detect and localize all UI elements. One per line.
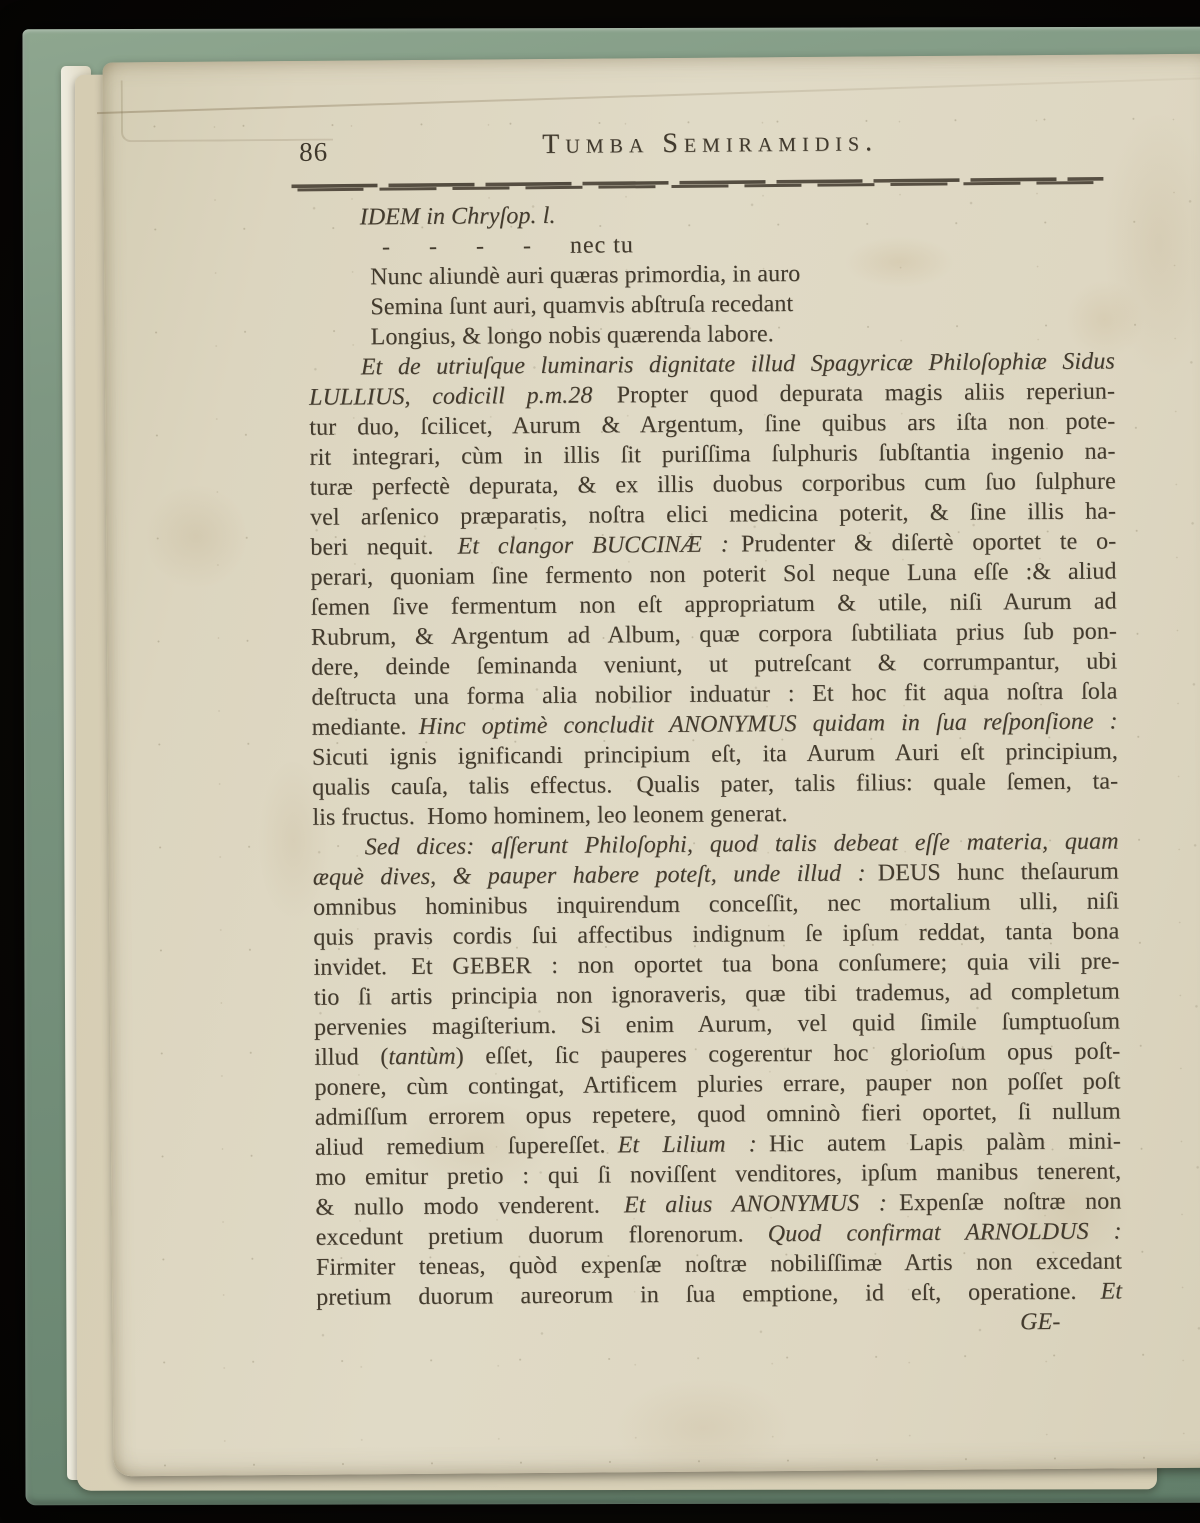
- foxing-stain: [1103, 114, 1200, 375]
- text-line: pretium duorum aureorum in ſua emptione,…: [316, 1276, 1122, 1312]
- running-title: Tumba Semiramidis.: [307, 124, 1113, 162]
- foxing-stain: [613, 1377, 794, 1478]
- book-page: 86 Tumba Semiramidis. IDEM in Chryſop. l…: [102, 54, 1200, 1477]
- scan-background: 86 Tumba Semiramidis. IDEM in Chryſop. l…: [0, 0, 1200, 1523]
- foxing-stain: [146, 481, 247, 592]
- text-block: IDEM in Chryſop. l.- - - - nec tuNunc al…: [308, 196, 1123, 1342]
- corner-impression: [121, 79, 333, 143]
- text-line: qualis cauſa, talis effectus. Qualis pat…: [312, 766, 1118, 802]
- header-rule: [291, 176, 1103, 194]
- catchword: GE-: [316, 1306, 1122, 1342]
